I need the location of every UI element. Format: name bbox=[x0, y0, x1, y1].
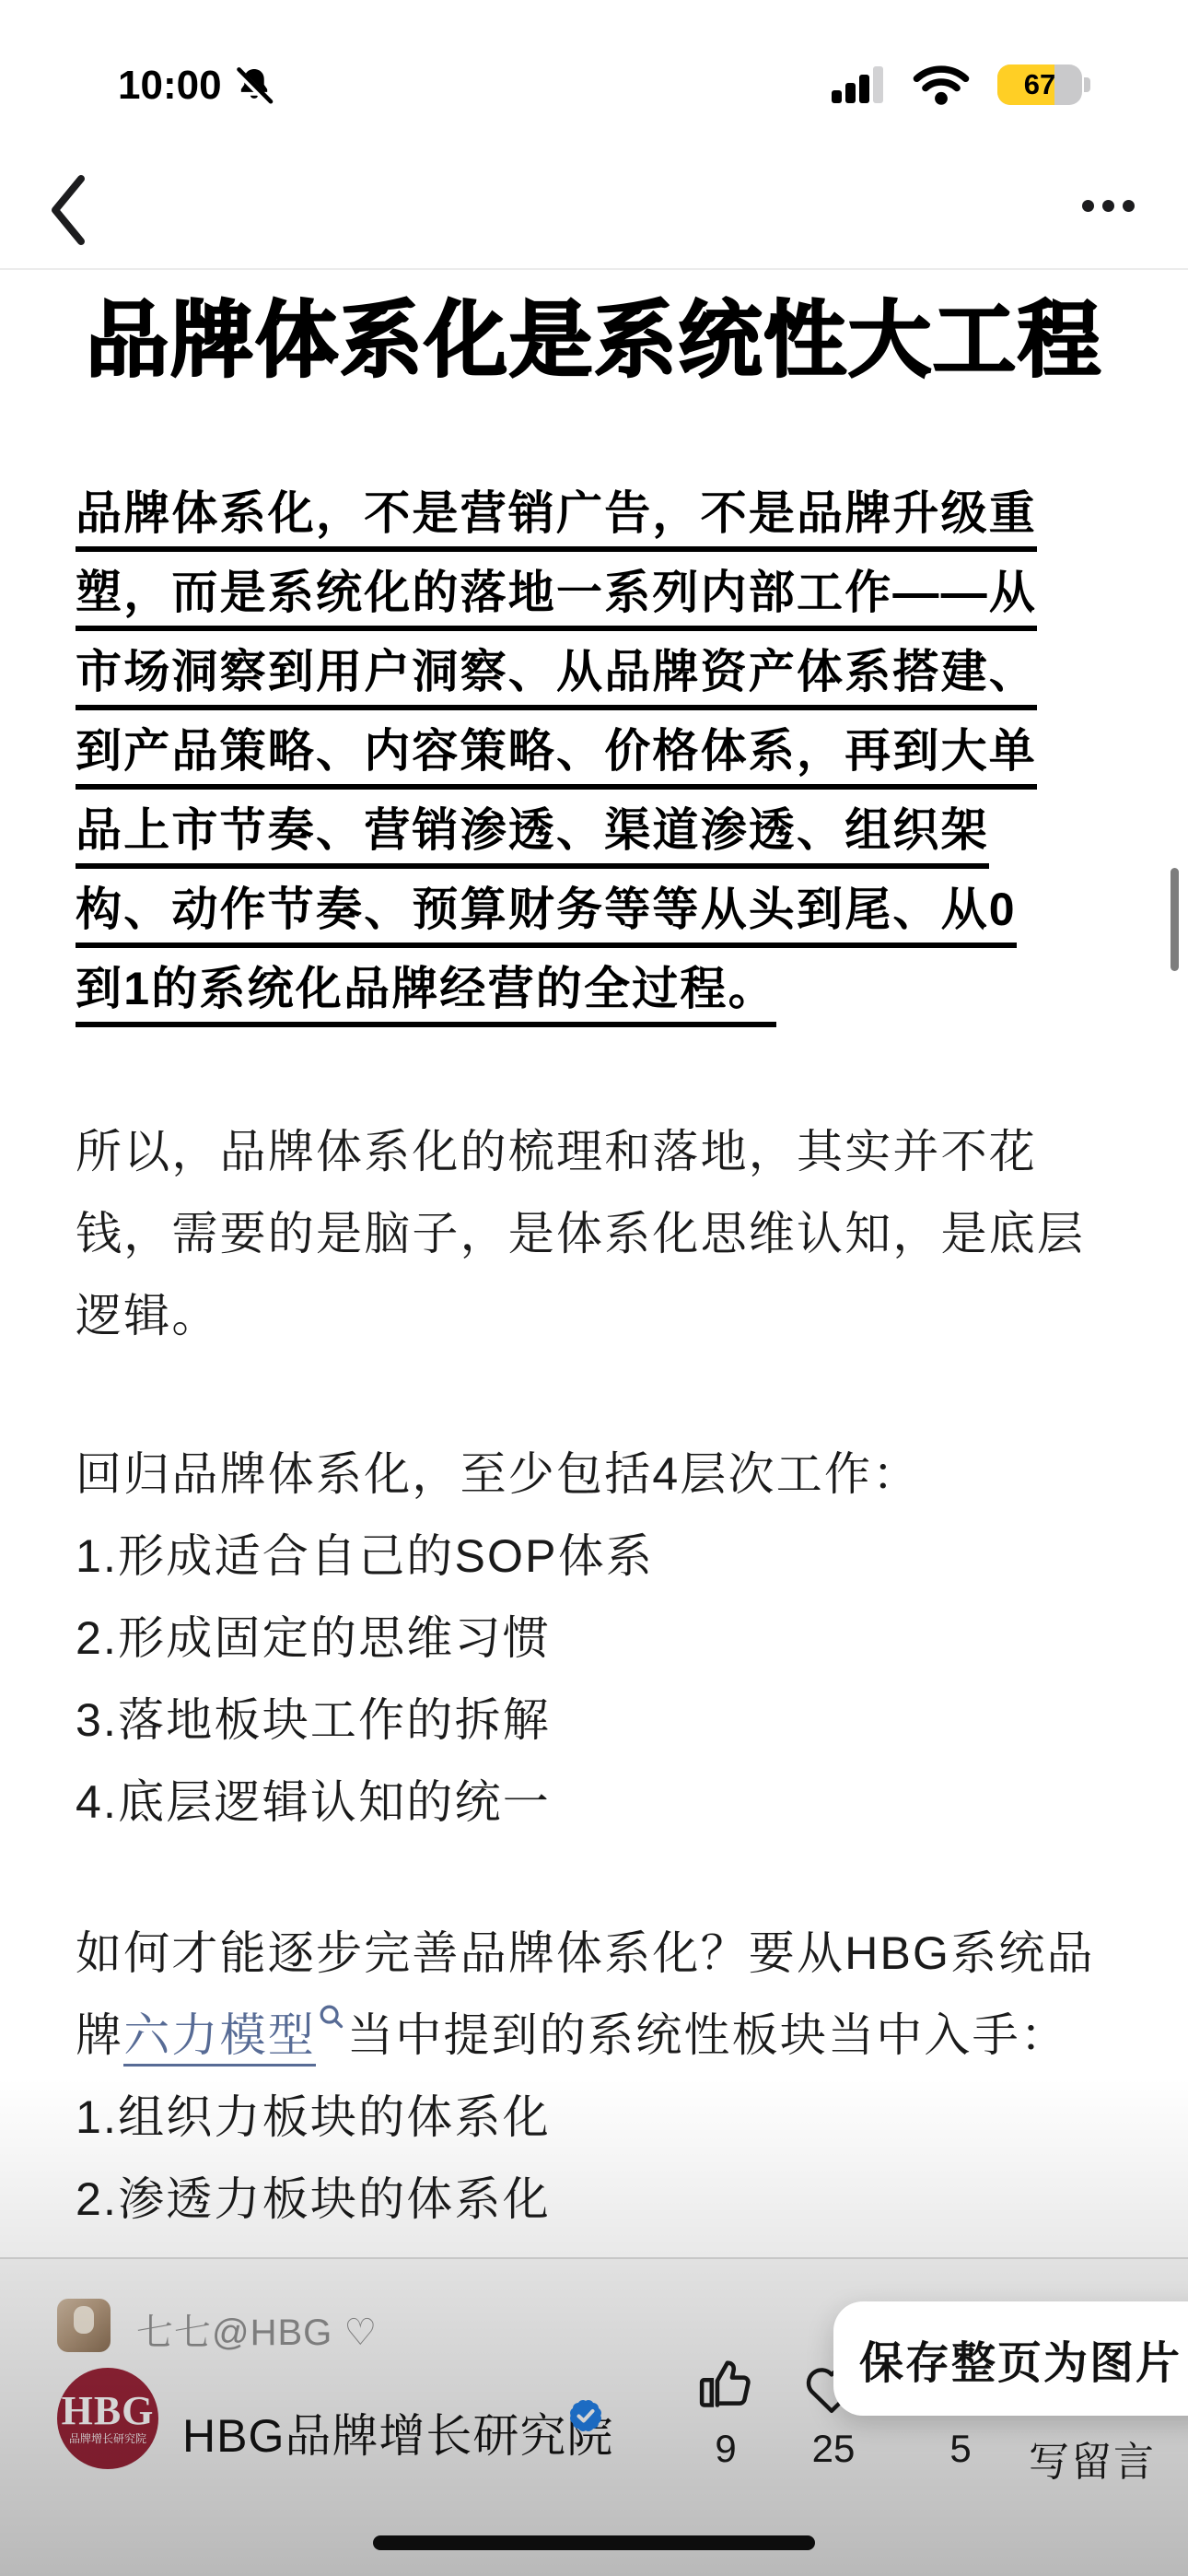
hbg-model-paragraph: 如何才能逐步完善品牌体系化？要从HBG系统品 牌六力模型 当中提到的系统性板块当… bbox=[76, 1913, 1114, 2241]
back-button[interactable] bbox=[31, 164, 105, 256]
author-avatar[interactable] bbox=[57, 2299, 111, 2352]
battery-nub bbox=[1084, 77, 1090, 92]
list-item: 4.底层逻辑认知的统一 bbox=[76, 1762, 1114, 1844]
article-title: 品牌体系化是系统性大工程 bbox=[37, 273, 1151, 411]
search-sup-icon bbox=[318, 1974, 345, 2056]
status-bar-left: 10:00 bbox=[118, 63, 275, 109]
clock-time: 10:00 bbox=[118, 63, 222, 109]
home-indicator[interactable] bbox=[373, 2535, 815, 2550]
phone-screen: 10:00 bbox=[0, 0, 1188, 2576]
six-forces-model-link[interactable]: 六力模型 bbox=[123, 2009, 316, 2067]
four-levels-list: 回归品牌体系化，至少包括4层次工作： 1.形成适合自己的SOP体系 2.形成固定… bbox=[76, 1434, 1114, 1844]
list-item: 3.落地板块工作的拆解 bbox=[76, 1680, 1114, 1762]
underlined-line: 塑，而是系统化的落地一系列内部工作——从 bbox=[76, 562, 1114, 641]
underlined-line: 构、动作节奏、预算财务等等从头到尾、从0 bbox=[76, 879, 1114, 958]
like-count: 9 bbox=[696, 2427, 755, 2471]
more-menu-button[interactable] bbox=[1057, 181, 1159, 230]
list-item: 1.形成适合自己的SOP体系 bbox=[76, 1516, 1114, 1598]
underlined-line: 市场洞察到用户洞察、从品牌资产体系搭建、 bbox=[76, 641, 1114, 720]
bell-muted-icon bbox=[233, 64, 275, 107]
underlined-line: 品上市节奏、营销渗透、渠道渗透、组织架 bbox=[76, 800, 1114, 879]
wifi-icon bbox=[913, 64, 970, 106]
list-item: 1.组织力板块的体系化 bbox=[76, 2077, 1114, 2159]
list-item: 2.形成固定的思维习惯 bbox=[76, 1598, 1114, 1680]
chevron-left-icon bbox=[44, 173, 92, 247]
write-comment-button[interactable]: 写留言 bbox=[1029, 2429, 1156, 2488]
underlined-line: 品牌体系化，不是营销广告，不是品牌升级重 bbox=[76, 483, 1114, 562]
status-bar-right: 67 bbox=[832, 61, 1090, 109]
battery-percent: 67 bbox=[997, 64, 1082, 105]
wow-count: 25 bbox=[801, 2427, 866, 2471]
comment-count: 5 bbox=[928, 2427, 993, 2471]
intro-underlined-paragraph: 品牌体系化，不是营销广告，不是品牌升级重 塑，而是系统化的落地一系列内部工作——… bbox=[76, 483, 1114, 1037]
cellular-signal-icon bbox=[832, 66, 885, 103]
save-page-as-image-button[interactable]: 保存整页为图片 › bbox=[833, 2301, 1188, 2416]
verified-badge-icon bbox=[564, 2394, 608, 2438]
list-item: 2.渗透力板块的体系化 bbox=[76, 2159, 1114, 2241]
underlined-line: 到1的系统化品牌经营的全过程。 bbox=[76, 958, 1114, 1037]
hbg-logo[interactable]: HBG 品牌增长研究院 bbox=[57, 2368, 158, 2469]
like-button[interactable] bbox=[696, 2353, 755, 2414]
nav-divider bbox=[0, 268, 1188, 270]
account-name: HBG品牌增长研究院 bbox=[182, 2399, 613, 2465]
body-paragraph: 所以，品牌体系化的梳理和落地，其实并不花 钱，需要的是脑子，是体系化思维认知，是… bbox=[76, 1111, 1114, 1357]
battery-icon: 67 bbox=[997, 64, 1090, 105]
ellipsis-icon bbox=[1082, 200, 1094, 212]
author-nickname: 七七@HBG ♡ bbox=[136, 2303, 378, 2356]
scrollbar-thumb[interactable] bbox=[1171, 868, 1179, 971]
thumb-up-icon bbox=[696, 2353, 755, 2414]
underlined-line: 到产品策略、内容策略、价格体系，再到大单 bbox=[76, 720, 1114, 800]
